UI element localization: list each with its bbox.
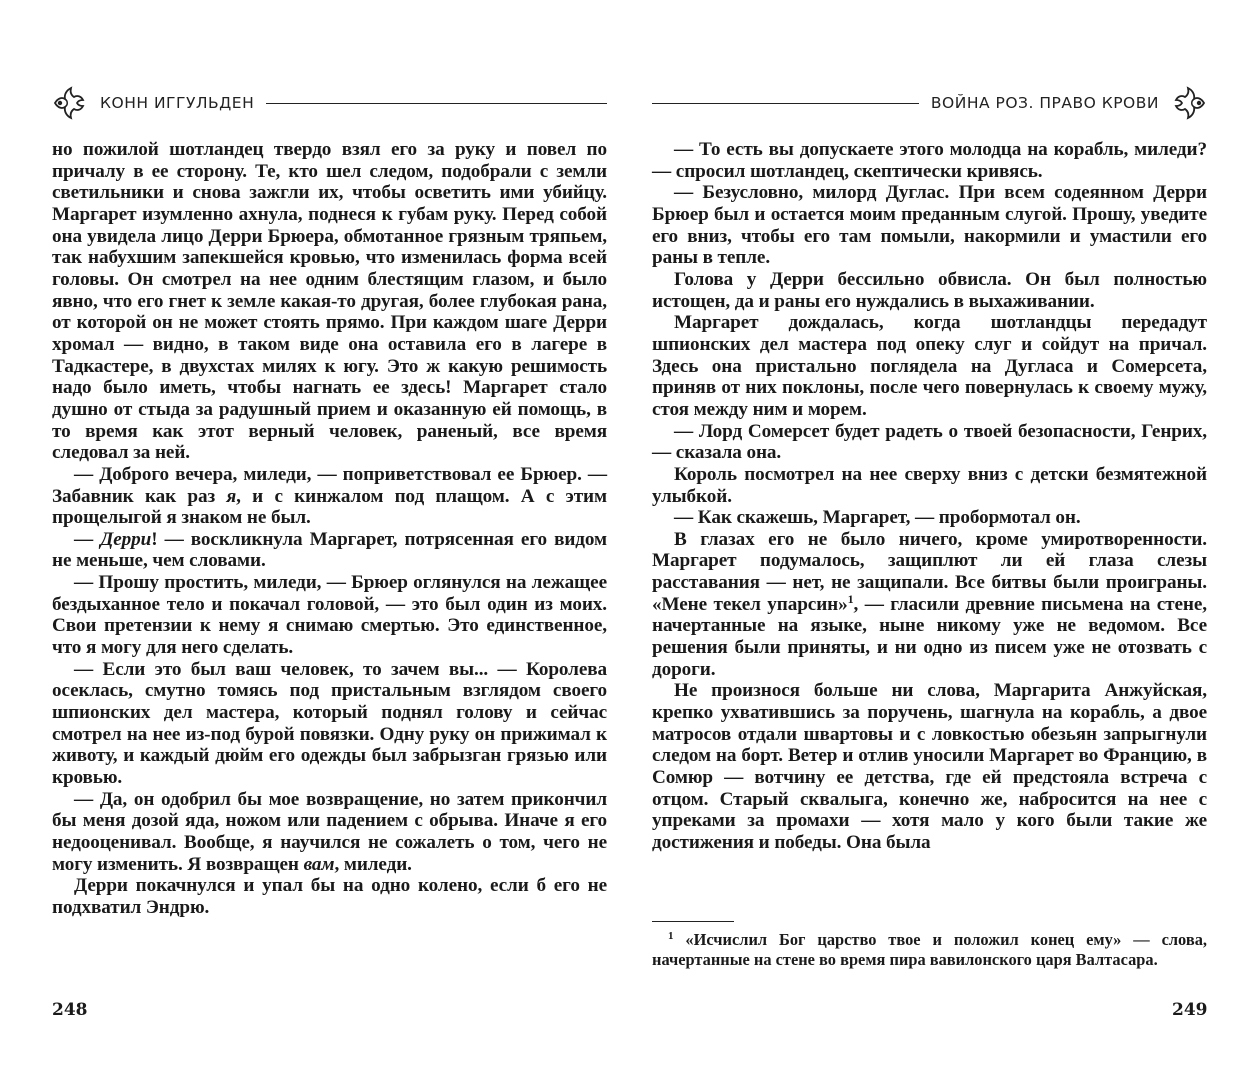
footnote-rule: [652, 921, 734, 922]
fleuron-icon: [1173, 86, 1207, 120]
text-run: — Безусловно, милорд Дуглас. При всем со…: [652, 182, 1207, 268]
page-number: 248: [52, 1000, 88, 1020]
fleuron-icon: [52, 86, 86, 120]
paragraph: но пожилой шотландец твердо взял его за …: [52, 139, 607, 464]
body-text-left: но пожилой шотландец твердо взял его за …: [52, 139, 607, 919]
paragraph: — То есть вы допускаете этого молодца на…: [652, 139, 1207, 182]
text-run: — Если это был ваш человек, то зачем вы.…: [52, 659, 607, 788]
text-run: — Лорд Сомерсет будет радеть о твоей без…: [652, 421, 1207, 464]
paragraph: — Безусловно, милорд Дуглас. При всем со…: [652, 182, 1207, 269]
header-rule: [652, 103, 919, 104]
left-page: КОНН ИГГУЛЬДЕН но пожилой шотландец твер…: [0, 0, 630, 1080]
text-run: Король посмотрел на нее сверху вниз с де…: [652, 464, 1207, 507]
paragraph: — Доброго вечера, миледи, — поприветство…: [52, 464, 607, 529]
paragraph: — Прошу простить, миледи, — Брюер огляну…: [52, 572, 607, 659]
running-head-author: КОНН ИГГУЛЬДЕН: [52, 88, 607, 118]
text-run: Голова у Дерри бессильно обвисла. Он был…: [652, 269, 1207, 312]
paragraph: Король посмотрел на нее сверху вниз с де…: [652, 464, 1207, 507]
text-run: — То есть вы допускаете этого молодца на…: [652, 139, 1207, 182]
paragraph: — Как скажешь, Маргарет, — пробормотал о…: [652, 507, 1207, 529]
footnote: 1 «Исчислил Бог царство твое и положил к…: [652, 930, 1207, 970]
text-run: , миледи.: [334, 854, 411, 875]
running-head-book-title: ВОЙНА РОЗ. ПРАВО КРОВИ: [652, 88, 1207, 118]
page-number: 249: [1172, 1000, 1208, 1020]
running-head-title: ВОЙНА РОЗ. ПРАВО КРОВИ: [931, 94, 1159, 112]
paragraph: В глазах его не было ничего, кроме умиро…: [652, 529, 1207, 681]
paragraph: Маргарет дождалась, когда шотландцы пере…: [652, 312, 1207, 420]
body-text-right: — То есть вы допускаете этого молодца на…: [652, 139, 1207, 854]
text-run: Не произнося больше ни слова, Маргарита …: [652, 680, 1207, 853]
emphasis-text: вам: [304, 854, 335, 875]
footnote-text: «Исчислил Бог царство твое и положил кон…: [652, 930, 1207, 969]
paragraph: — Дерри! — воскликнула Маргарет, потрясе…: [52, 529, 607, 572]
paragraph: Дерри покачнулся и упал бы на одно колен…: [52, 875, 607, 918]
paragraph: — Да, он одобрил бы мое возвращение, но …: [52, 789, 607, 876]
text-run: — Как скажешь, Маргарет, — пробормотал о…: [674, 507, 1081, 528]
header-rule: [266, 103, 607, 104]
emphasis-text: я: [226, 486, 236, 507]
emphasis-text: Дерри: [100, 529, 151, 550]
text-run: Дерри покачнулся и упал бы на одно колен…: [52, 875, 607, 918]
paragraph: Не произнося больше ни слова, Маргарита …: [652, 680, 1207, 853]
right-page: ВОЙНА РОЗ. ПРАВО КРОВИ — То есть вы допу…: [630, 0, 1260, 1080]
paragraph: — Если это был ваш человек, то зачем вы.…: [52, 659, 607, 789]
text-run: —: [74, 529, 100, 550]
text-run: Маргарет дождалась, когда шотландцы пере…: [652, 312, 1207, 420]
paragraph: — Лорд Сомерсет будет радеть о твоей без…: [652, 421, 1207, 464]
text-run: — Прошу простить, миледи, — Брюер огляну…: [52, 572, 607, 658]
running-head-title: КОНН ИГГУЛЬДЕН: [100, 94, 254, 112]
footnote-marker: 1: [668, 930, 674, 942]
paragraph: Голова у Дерри бессильно обвисла. Он был…: [652, 269, 1207, 312]
text-run: но пожилой шотландец твердо взял его за …: [52, 139, 607, 463]
